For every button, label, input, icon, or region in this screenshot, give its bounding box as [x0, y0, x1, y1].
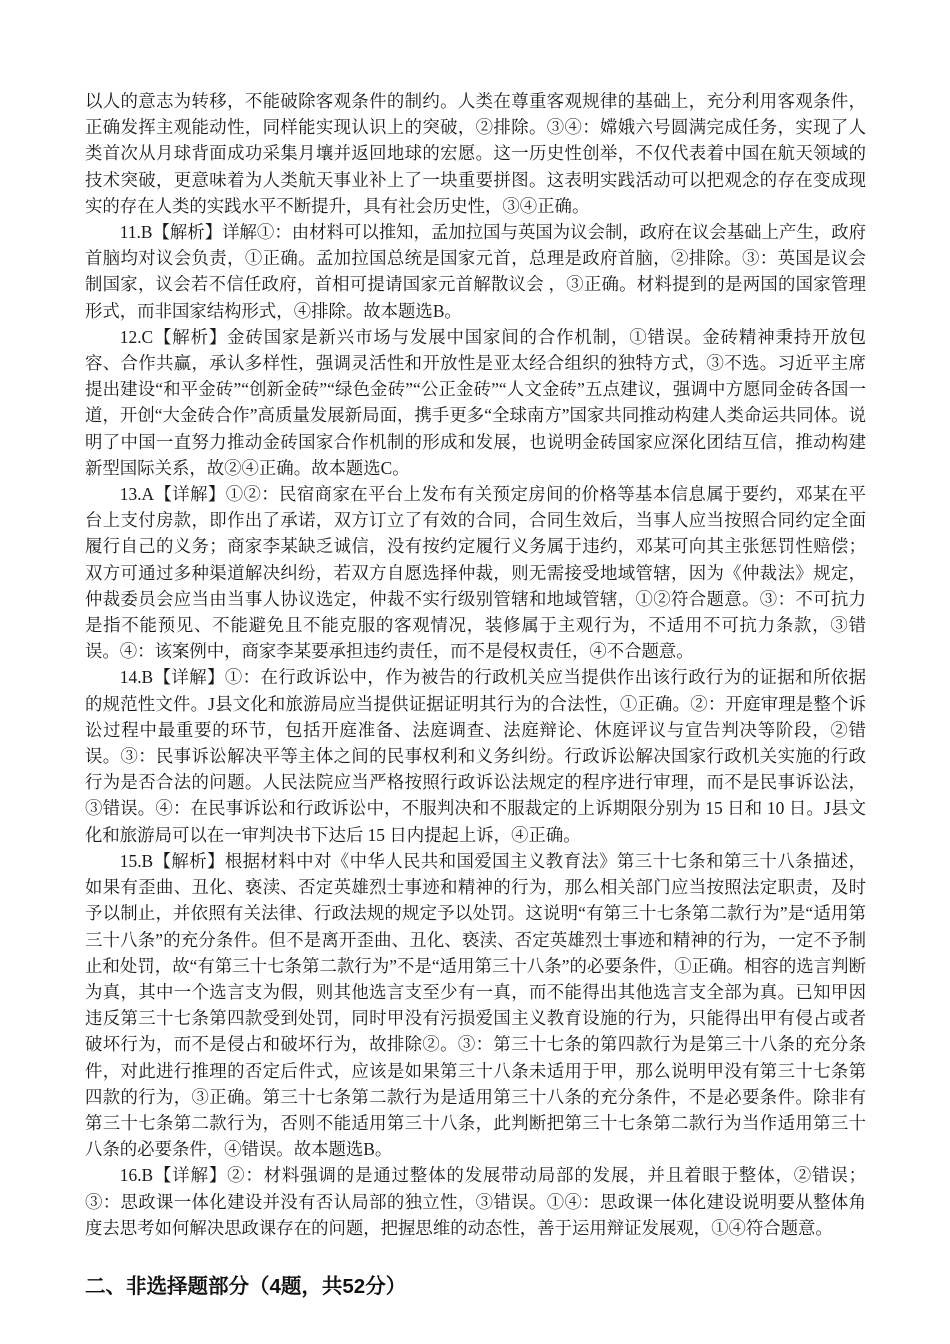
answer-explanation-16: 16.B【详解】②：材料强调的是通过整体的发展带动局部的发展，并且着眼于整体，②… — [85, 1162, 866, 1241]
answer-key-page: 以人的意志为转移，不能破除客观条件的制约。人类在尊重客观规律的基础上，充分利用客… — [0, 0, 950, 1344]
answer-explanation-12: 12.C【解析】金砖国家是新兴市场与发展中国家间的合作机制，①错误。金砖精神秉持… — [85, 324, 866, 481]
answer-explanation-14: 14.B【详解】①：在行政诉讼中，作为被告的行政机关应当提供作出该行政行为的证据… — [85, 664, 866, 847]
answer-explanation-continuation: 以人的意志为转移，不能破除客观条件的制约。人类在尊重客观规律的基础上，充分利用客… — [85, 88, 866, 219]
answer-explanation-13: 13.A【详解】①②：民宿商家在平台上发布有关预定房间的价格等基本信息属于要约，… — [85, 481, 866, 664]
document-content: 以人的意志为转移，不能破除客观条件的制约。人类在尊重客观规律的基础上，充分利用客… — [85, 88, 866, 1301]
answer-explanation-11: 11.B【解析】详解①：由材料可以推知，孟加拉国与英国为议会制，政府在议会基础上… — [85, 219, 866, 324]
section-heading-non-choice: 二、非选择题部分（4题，共52分） — [85, 1273, 866, 1301]
answer-explanation-15: 15.B【解析】根据材料中对《中华人民共和国爱国主义教育法》第三十七条和第三十八… — [85, 848, 866, 1162]
